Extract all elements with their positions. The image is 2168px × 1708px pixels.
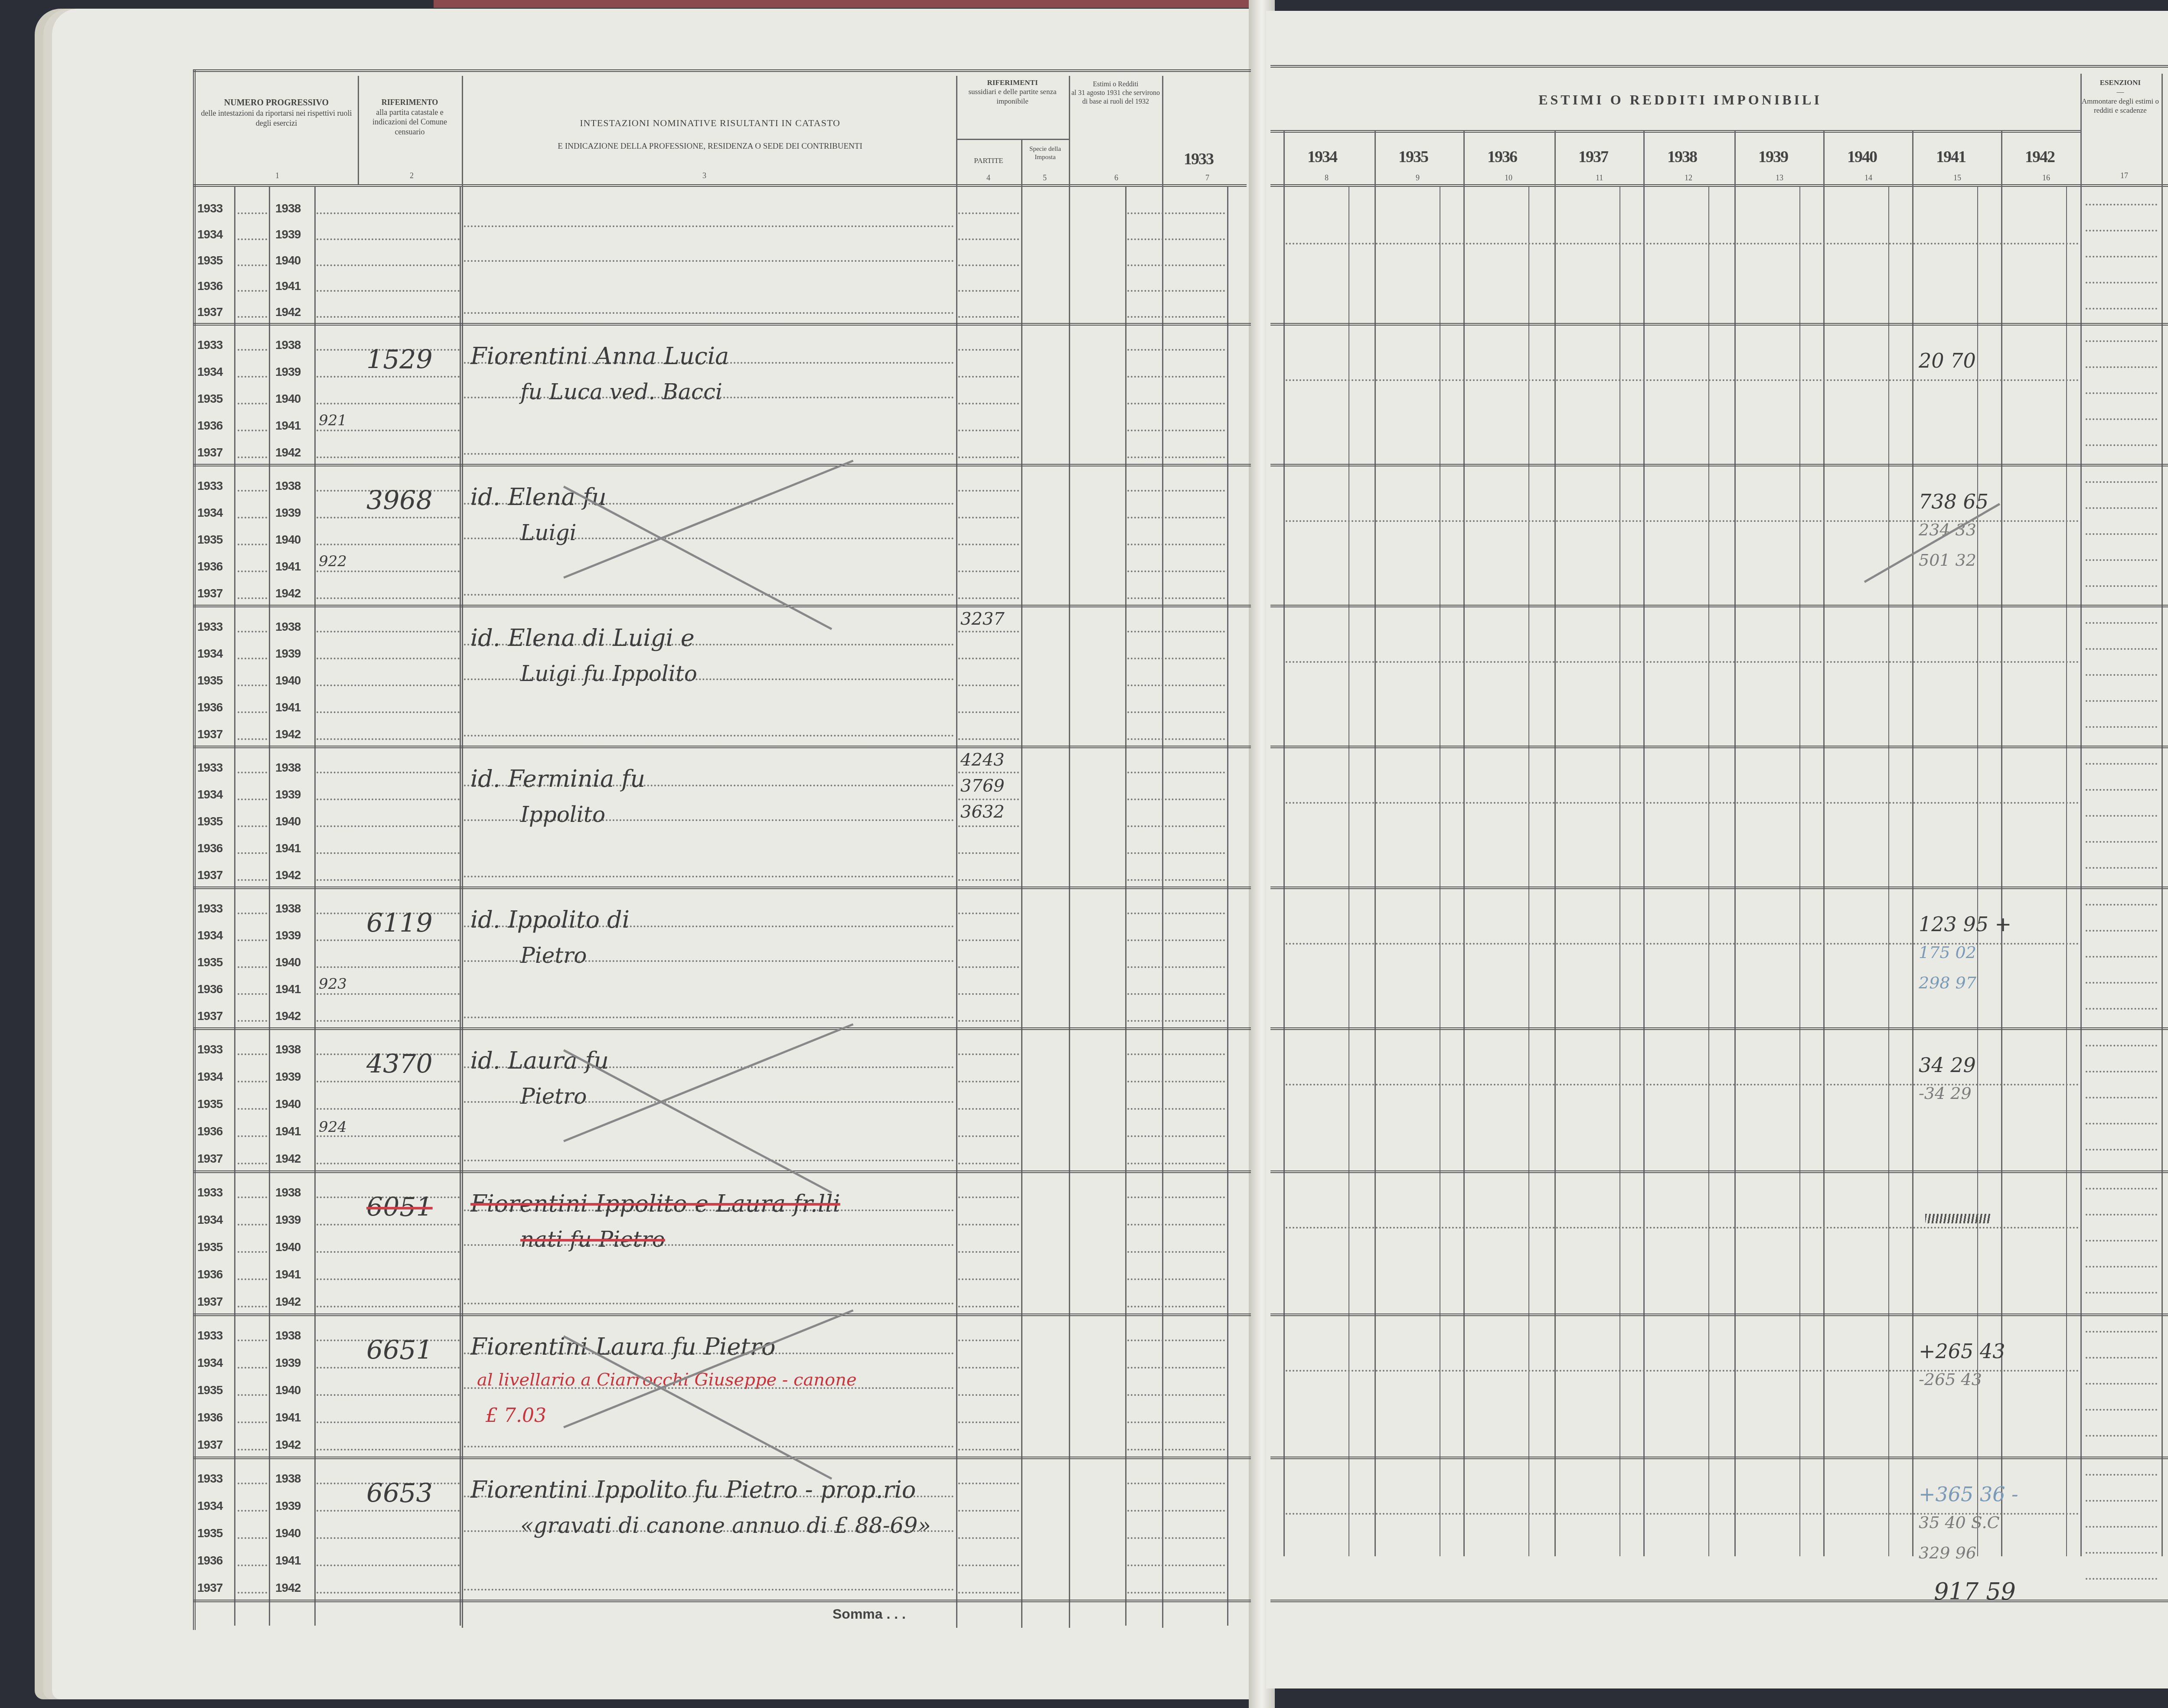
dotted-line xyxy=(317,738,460,740)
dotted-line xyxy=(958,1510,1019,1512)
dotted-line xyxy=(1127,376,1225,378)
dotted-line xyxy=(317,631,460,632)
name-line xyxy=(464,1446,954,1447)
partita-number: 3968 xyxy=(366,486,433,516)
name-line xyxy=(464,594,954,596)
esenzioni-line xyxy=(2086,418,2157,420)
dotted-line xyxy=(317,316,460,318)
dotted-line xyxy=(238,852,267,854)
name-line xyxy=(464,260,954,262)
dotted-line xyxy=(317,1108,460,1110)
taxpayer-name-line2: Luigi fu Ippolito xyxy=(520,661,697,686)
dotted-line xyxy=(958,1053,1019,1055)
header-intestazioni: INTESTAZIONI NOMINATIVE RISULTANTI IN CA… xyxy=(464,117,956,151)
dotted-line xyxy=(317,544,460,545)
amount-line xyxy=(1286,1227,2079,1229)
taxpayer-name-line2: Luigi xyxy=(520,520,576,545)
dotted-line xyxy=(958,1251,1019,1253)
year-label: 1933 xyxy=(197,1186,222,1200)
esenzioni-line xyxy=(2086,1008,2157,1010)
column-number: 12 xyxy=(1685,173,1692,183)
row-divider xyxy=(193,1170,1251,1173)
dotted-line xyxy=(1127,597,1225,599)
dotted-line xyxy=(238,658,267,659)
taxpayer-name-line2: Ippolito xyxy=(520,802,605,827)
dotted-line xyxy=(238,913,267,914)
side-number: 921 xyxy=(319,412,347,429)
year-label: 1938 xyxy=(275,1472,300,1486)
header-partite: PARTITE xyxy=(958,156,1019,165)
section-title-estimi: ESTIMI O REDDITI IMPONIBILI xyxy=(1279,91,2081,108)
dotted-line xyxy=(317,658,460,659)
column-number: 8 xyxy=(1325,173,1329,183)
year-label: 1939 xyxy=(275,506,300,520)
dotted-line xyxy=(317,238,460,240)
partita-number: 1529 xyxy=(366,345,433,375)
dotted-line xyxy=(1127,570,1225,572)
dotted-line xyxy=(238,1196,267,1198)
year-label: 1942 xyxy=(275,587,300,600)
dotted-line xyxy=(238,1510,267,1512)
esenzioni-line xyxy=(2086,392,2157,394)
dotted-line xyxy=(1127,738,1225,740)
dotted-line xyxy=(238,1565,267,1566)
year-label: 1938 xyxy=(275,761,300,775)
dotted-line xyxy=(1127,1135,1225,1137)
dotted-line xyxy=(238,490,267,492)
cents-line xyxy=(1888,186,1889,1556)
year-label: 1939 xyxy=(275,228,300,241)
name-line xyxy=(464,1017,954,1018)
esenzioni-line xyxy=(2086,674,2157,676)
year-label: 1934 xyxy=(197,228,222,241)
row-divider xyxy=(193,464,1251,466)
dotted-line xyxy=(1127,1306,1225,1307)
dotted-line xyxy=(958,1163,1019,1164)
value-1941: 175 02 xyxy=(1919,943,1976,962)
esenzioni-line xyxy=(2086,622,2157,624)
esenzioni-line xyxy=(2086,533,2157,535)
side-number: 922 xyxy=(319,553,347,570)
dotted-line xyxy=(958,631,1019,632)
value-1941: 20 70 xyxy=(1919,349,1976,372)
taxpayer-name-line2: «gravati di canone annuo di £ 88-69» xyxy=(520,1513,931,1538)
header-year-1937: 1937 xyxy=(1578,147,1608,166)
dotted-line xyxy=(1127,456,1225,458)
esenzioni-line xyxy=(2086,366,2157,368)
cents-line xyxy=(1708,186,1709,1556)
year-label: 1940 xyxy=(275,1097,300,1111)
dotted-line xyxy=(317,1224,460,1226)
dotted-line xyxy=(958,1135,1019,1137)
dotted-line xyxy=(238,290,267,292)
dotted-line xyxy=(958,685,1019,686)
cents-line xyxy=(2066,186,2067,1556)
dotted-line xyxy=(317,825,460,827)
dotted-line xyxy=(958,658,1019,659)
taxpayer-name-line2: Pietro xyxy=(520,1084,587,1109)
year-label: 1940 xyxy=(275,955,300,969)
year-label: 1942 xyxy=(275,1438,300,1452)
taxpayer-name: Fiorentini Ippolito e Laura fr.lli xyxy=(470,1190,840,1217)
header-year-1938: 1938 xyxy=(1667,147,1697,166)
row-divider xyxy=(193,1457,1251,1459)
row-divider xyxy=(1270,605,2168,607)
year-label: 1939 xyxy=(275,929,300,942)
dotted-line xyxy=(317,456,460,458)
esenzioni-line xyxy=(2086,1474,2157,1476)
form-code: Mod. 111 - Imposte Dirette (Intercalare)… xyxy=(2038,35,2168,46)
year-label: 1933 xyxy=(197,1043,222,1056)
dotted-line xyxy=(1127,966,1225,968)
dotted-line xyxy=(1127,290,1225,292)
value-1941: 329 96 xyxy=(1919,1543,1976,1562)
cents-line xyxy=(1348,186,1349,1556)
scribbled-value xyxy=(1925,1214,1990,1223)
dotted-line xyxy=(1127,1020,1225,1022)
dotted-line xyxy=(1127,1278,1225,1280)
dotted-line xyxy=(238,376,267,378)
dotted-line xyxy=(1127,631,1225,632)
dotted-line xyxy=(238,993,267,995)
header-esenzioni: ESENZIONI — Ammontare degli estimi o red… xyxy=(2081,78,2159,115)
dotted-line xyxy=(958,879,1019,881)
dotted-line xyxy=(958,597,1019,599)
year-label: 1937 xyxy=(197,1295,222,1309)
header-estimi-1932: Estimi o Redditi al 31 agosto 1931 che s… xyxy=(1070,80,1161,106)
esenzioni-line xyxy=(2086,1097,2157,1098)
esenzioni-line xyxy=(2086,282,2157,284)
dotted-line xyxy=(317,772,460,773)
dotted-line xyxy=(317,1278,460,1280)
esenzioni-line xyxy=(2086,726,2157,728)
dotted-line xyxy=(317,711,460,713)
dotted-line xyxy=(238,456,267,458)
esenzioni-line xyxy=(2086,815,2157,817)
esenzioni-dash: — xyxy=(2081,87,2159,96)
value-1941: 123 95 + xyxy=(1919,913,2011,936)
year-label: 1939 xyxy=(275,365,300,379)
dotted-line xyxy=(1127,852,1225,854)
amount-line xyxy=(1286,802,2079,804)
dotted-line xyxy=(317,1367,460,1369)
row-divider xyxy=(193,1600,1251,1602)
dotted-line xyxy=(1127,1537,1225,1539)
dotted-line xyxy=(958,1020,1019,1022)
year-label: 1939 xyxy=(275,788,300,802)
year-label: 1935 xyxy=(197,533,222,547)
taxpayer-name-line2: fu Luca ved. Bacci xyxy=(520,379,722,404)
dotted-line xyxy=(1127,1053,1225,1055)
esenzioni-line xyxy=(2086,1526,2157,1528)
dotted-line xyxy=(958,1537,1019,1539)
dotted-line xyxy=(317,1537,460,1539)
esenzioni-line xyxy=(2086,1214,2157,1216)
value-1941: +265 43 xyxy=(1919,1340,2005,1363)
year-label: 1935 xyxy=(197,955,222,969)
dotted-line xyxy=(317,376,460,378)
name-line xyxy=(464,1303,954,1304)
dotted-line xyxy=(958,490,1019,492)
dotted-line xyxy=(958,1421,1019,1423)
dotted-line xyxy=(1127,1483,1225,1484)
row-divider xyxy=(1270,1170,2168,1173)
dotted-line xyxy=(958,570,1019,572)
header-numero-progressivo: NUMERO PROGRESSIVO delle intestazioni da… xyxy=(195,98,358,128)
dotted-line xyxy=(958,799,1019,800)
header-annotazioni: ANNOTAZIONI xyxy=(2164,111,2168,125)
subsidiary-partita: 4243 xyxy=(960,750,1005,770)
year-label: 1940 xyxy=(275,815,300,828)
value-1941: +365 36 - xyxy=(1919,1483,2018,1506)
esenzioni-line xyxy=(2086,1552,2157,1554)
dotted-line xyxy=(317,1565,460,1566)
row-divider xyxy=(1270,1314,2168,1316)
dotted-line xyxy=(958,376,1019,378)
dotted-line xyxy=(958,1483,1019,1484)
year-label: 1934 xyxy=(197,506,222,520)
year-label: 1935 xyxy=(197,815,222,828)
column-number: 15 xyxy=(1953,173,1961,183)
dotted-line xyxy=(238,1163,267,1164)
dotted-line xyxy=(238,1449,267,1450)
dotted-line xyxy=(238,939,267,941)
name-line xyxy=(464,1160,954,1161)
dotted-line xyxy=(238,264,267,266)
year-label: 1934 xyxy=(197,365,222,379)
esenzioni-line xyxy=(2086,789,2157,791)
dotted-line xyxy=(958,316,1019,318)
dotted-line xyxy=(1127,1340,1225,1341)
name-line xyxy=(464,225,954,227)
year-label: 1935 xyxy=(197,674,222,688)
year-label: 1934 xyxy=(197,929,222,942)
value-1941: -265 43 xyxy=(1919,1370,1982,1389)
header-specie-imposta: Specie della Imposta xyxy=(1022,145,1068,162)
year-label: 1940 xyxy=(275,392,300,406)
year-label: 1934 xyxy=(197,647,222,661)
year-label: 1935 xyxy=(197,1097,222,1111)
esenzioni-line xyxy=(2086,1045,2157,1046)
dotted-line xyxy=(958,1592,1019,1594)
row-divider xyxy=(193,605,1251,607)
esenzioni-line xyxy=(2086,1500,2157,1502)
row-divider xyxy=(1270,1027,2168,1030)
header-year-1940: 1940 xyxy=(1847,147,1877,166)
dotted-line xyxy=(958,349,1019,351)
dotted-line xyxy=(238,349,267,351)
taxpayer-name: Fiorentini Ippolito fu Pietro - prop.rio xyxy=(470,1476,916,1503)
column-line xyxy=(1912,130,1913,1556)
dotted-line xyxy=(238,799,267,800)
dotted-line xyxy=(1127,1394,1225,1396)
year-label: 1934 xyxy=(197,1213,222,1227)
year-label: 1933 xyxy=(197,902,222,916)
dotted-line xyxy=(1127,939,1225,941)
dotted-line xyxy=(1127,238,1225,240)
year-label: 1938 xyxy=(275,1186,300,1200)
column-number: 14 xyxy=(1864,173,1872,183)
column-number: 9 xyxy=(1416,173,1420,183)
esenzioni-line xyxy=(2086,841,2157,843)
dotted-line xyxy=(958,1306,1019,1307)
year-label: 1941 xyxy=(275,560,300,574)
partita-number: 6651 xyxy=(366,1335,433,1366)
column-line xyxy=(1823,130,1825,1556)
dotted-line xyxy=(1127,1224,1225,1226)
header-year-1933: 1933 xyxy=(1184,150,1213,169)
dotted-line xyxy=(958,1224,1019,1226)
year-label: 1936 xyxy=(197,279,222,293)
dotted-line xyxy=(238,879,267,881)
somma-label: Somma . . . xyxy=(833,1606,906,1622)
side-number: 923 xyxy=(319,975,347,993)
esenzioni-line xyxy=(2086,1188,2157,1190)
dotted-line xyxy=(958,290,1019,292)
dotted-line xyxy=(1127,212,1225,214)
year-label: 1934 xyxy=(197,1356,222,1370)
dotted-line xyxy=(317,1081,460,1082)
esenzioni-line xyxy=(2086,1383,2157,1385)
dotted-line xyxy=(238,966,267,968)
year-label: 1941 xyxy=(275,1268,300,1281)
esenzioni-line xyxy=(2086,867,2157,869)
dotted-line xyxy=(1127,879,1225,881)
row-divider xyxy=(193,887,1251,889)
dotted-line xyxy=(1127,403,1225,404)
dotted-line xyxy=(958,1081,1019,1082)
dotted-line xyxy=(1127,825,1225,827)
dotted-line xyxy=(1127,799,1225,800)
year-label: 1942 xyxy=(275,1295,300,1309)
column-number: 13 xyxy=(1776,173,1783,183)
dotted-line xyxy=(317,1592,460,1594)
esenzioni-line xyxy=(2086,982,2157,984)
dotted-line xyxy=(317,1394,460,1396)
row-divider xyxy=(193,323,1251,326)
year-label: 1938 xyxy=(275,479,300,493)
name-line xyxy=(464,735,954,737)
dotted-line xyxy=(238,1592,267,1594)
row-divider xyxy=(1270,746,2168,748)
year-label: 1941 xyxy=(275,1411,300,1424)
esenzioni-line xyxy=(2086,230,2157,231)
year-label: 1942 xyxy=(275,727,300,741)
year-label: 1936 xyxy=(197,1125,222,1138)
amount-line xyxy=(1286,243,2079,244)
year-label: 1938 xyxy=(275,338,300,352)
dotted-line xyxy=(317,1449,460,1450)
dotted-line xyxy=(317,570,460,572)
dotted-line xyxy=(1127,1196,1225,1198)
dotted-line xyxy=(238,570,267,572)
year-label: 1937 xyxy=(197,1152,222,1166)
cents-line xyxy=(1799,186,1800,1556)
year-label: 1935 xyxy=(197,1526,222,1540)
dotted-line xyxy=(317,685,460,686)
header-year-1942: 1942 xyxy=(2025,147,2054,166)
dotted-line xyxy=(1127,1565,1225,1566)
year-label: 1941 xyxy=(275,701,300,714)
dotted-line xyxy=(1127,685,1225,686)
value-1941: 35 40 S.C xyxy=(1919,1513,2000,1532)
dotted-line xyxy=(958,738,1019,740)
year-label: 1942 xyxy=(275,446,300,460)
esenzioni-line xyxy=(2086,1409,2157,1411)
esenzioni-line xyxy=(2086,1292,2157,1294)
dotted-line xyxy=(1127,544,1225,545)
year-label: 1942 xyxy=(275,1581,300,1595)
header-year-1934: 1934 xyxy=(1307,147,1337,166)
dotted-line xyxy=(1127,264,1225,266)
dotted-line xyxy=(1127,349,1225,351)
dotted-line xyxy=(1127,1421,1225,1423)
dotted-line xyxy=(317,290,460,292)
taxpayer-name: Fiorentini Anna Lucia xyxy=(470,342,729,370)
dotted-line xyxy=(238,738,267,740)
year-label: 1941 xyxy=(275,1554,300,1568)
dotted-line xyxy=(1127,517,1225,518)
column-line xyxy=(1283,130,1285,1556)
esenzioni-line xyxy=(2086,648,2157,650)
esenzioni-line xyxy=(2086,444,2157,446)
somma-1941-value: 917 59 xyxy=(1934,1578,2016,1605)
column-number: 10 xyxy=(1505,173,1512,183)
esenzioni-line xyxy=(2086,1123,2157,1125)
dotted-line xyxy=(238,544,267,545)
dotted-line xyxy=(238,772,267,773)
dotted-line xyxy=(317,1251,460,1253)
year-label: 1937 xyxy=(197,446,222,460)
dotted-line xyxy=(958,939,1019,941)
dotted-line xyxy=(958,1367,1019,1369)
dotted-line xyxy=(317,852,460,854)
column-line xyxy=(1375,130,1376,1556)
dotted-line xyxy=(238,1367,267,1369)
year-label: 1935 xyxy=(197,1240,222,1254)
dotted-line xyxy=(238,238,267,240)
dotted-line xyxy=(958,1278,1019,1280)
row-divider xyxy=(1270,323,2168,326)
partita-number: 6119 xyxy=(366,908,433,939)
year-label: 1937 xyxy=(197,1438,222,1452)
year-label: 1937 xyxy=(197,727,222,741)
year-label: 1937 xyxy=(197,305,222,319)
subsidiary-partita: 3237 xyxy=(960,609,1005,629)
year-label: 1940 xyxy=(275,1383,300,1397)
partita-number: 6051 xyxy=(366,1192,433,1222)
partita-number: 6653 xyxy=(366,1478,433,1509)
year-label: 1937 xyxy=(197,868,222,882)
year-label: 1940 xyxy=(275,254,300,267)
header-year-1936: 1936 xyxy=(1487,147,1517,166)
dotted-line xyxy=(1127,1592,1225,1594)
dotted-line xyxy=(1127,1367,1225,1369)
year-label: 1941 xyxy=(275,419,300,433)
dotted-line xyxy=(958,1108,1019,1110)
year-label: 1936 xyxy=(197,1411,222,1424)
year-label: 1934 xyxy=(197,788,222,802)
dotted-line xyxy=(958,1340,1019,1341)
row-divider xyxy=(1270,464,2168,466)
esenzioni-line xyxy=(2086,559,2157,561)
esenzioni-line xyxy=(2086,700,2157,702)
dotted-line xyxy=(958,212,1019,214)
year-label: 1940 xyxy=(275,674,300,688)
year-label: 1934 xyxy=(197,1499,222,1513)
dotted-line xyxy=(958,544,1019,545)
esenzioni-line xyxy=(2086,1240,2157,1242)
